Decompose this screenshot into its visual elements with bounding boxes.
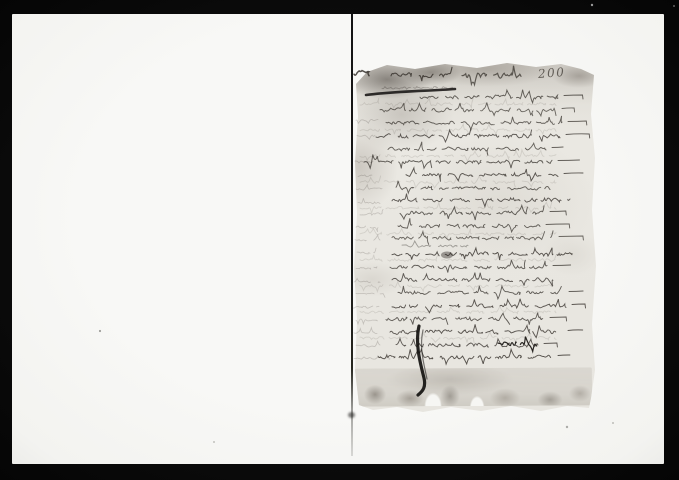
book-spread	[12, 14, 664, 464]
damaged-bottom-strip	[355, 367, 592, 406]
manuscript-page	[353, 62, 596, 412]
gutter-shadow-mark	[348, 412, 355, 418]
dust-speck	[591, 4, 593, 6]
folio-number: 200	[538, 65, 566, 81]
dust-speck	[673, 5, 675, 7]
blank-left-page	[12, 14, 351, 464]
microfilm-frame: 200	[0, 0, 679, 480]
page-gutter-seam	[351, 14, 353, 456]
